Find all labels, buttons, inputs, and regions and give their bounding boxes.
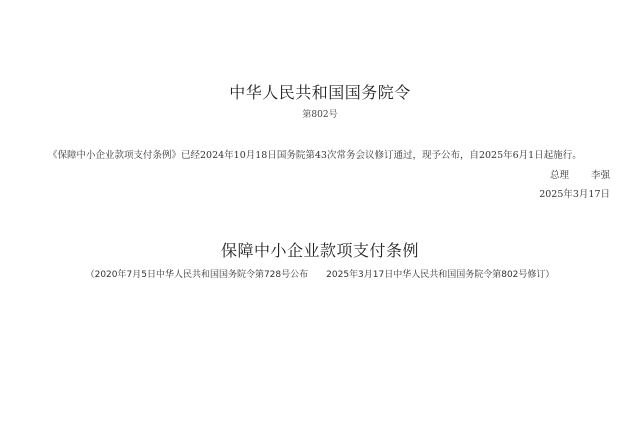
- history-close-paren: ）: [545, 270, 554, 280]
- signature-block: 总理李强: [550, 167, 610, 181]
- signer-position: 总理: [550, 170, 569, 181]
- decree-title: 中华人民共和国国务院令: [0, 80, 640, 103]
- order-number: 第802号: [0, 107, 640, 120]
- history-first: 2020年7月5日中华人民共和国国务院令第728号公布: [95, 270, 309, 280]
- history-open-paren: （: [86, 270, 95, 280]
- sign-date: 2025年3月17日: [539, 186, 610, 200]
- regulation-title: 保障中小企业款项支付条例: [0, 238, 640, 261]
- revision-history: （2020年7月5日中华人民共和国国务院令第728号公布2025年3月17日中华…: [0, 267, 640, 280]
- signer-name: 李强: [591, 170, 610, 181]
- promulgation-statement: 《保障中小企业款项支付条例》已经2024年10月18日国务院第43次常务会议修订…: [48, 147, 582, 161]
- history-second: 2025年3月17日中华人民共和国国务院令第802号修订: [326, 270, 545, 280]
